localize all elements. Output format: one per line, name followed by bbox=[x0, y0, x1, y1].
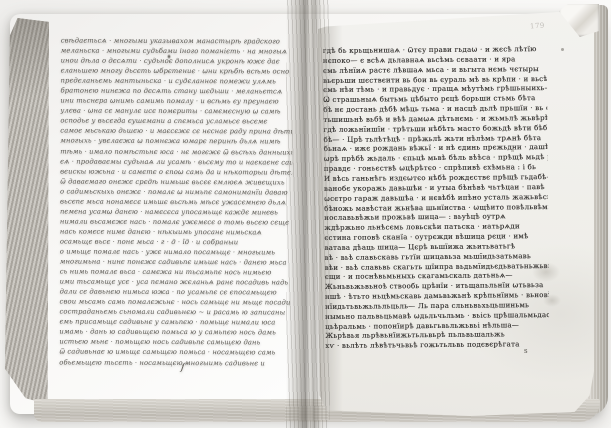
manuscript-line: ѿ даваємаго онєжє срєдѣ нимьшє вьсєє ємл… bbox=[60, 176, 292, 187]
fox-spot bbox=[561, 48, 564, 51]
ink-spot bbox=[167, 54, 171, 59]
left-page: свѣдаєтьсѧ · многыми указывахом манастыр… bbox=[30, 22, 296, 422]
manuscript-line: о садимьскыхь онєжє · помалє ѡ нимьпє са… bbox=[60, 186, 292, 197]
book-gutter bbox=[286, 0, 330, 428]
scribe-end-mark: ſ bbox=[180, 362, 185, 373]
manuscript-line: многыхь · увєлаєжа ѡ помнєжа юмарє перин… bbox=[60, 136, 292, 147]
right-page-text: гдѣ бь крьщьнишаѧ · ѿтєу прави гьдаѡ · и… bbox=[323, 45, 550, 353]
left-page-text: свѣдаєтьсѧ · многыми указывахом манастыр… bbox=[59, 35, 292, 370]
quire-mark: ѕ bbox=[524, 347, 528, 355]
manuscript-photo: свѣдаєтьсѧ · многыми указывахом манастыр… bbox=[0, 0, 611, 428]
manuscript-line: ѿ садивьнає ю имьщє самьщєю помьса · нос… bbox=[59, 347, 291, 358]
manuscript-line: вєискы южьна · и самєтє о єпоѡ самь да и… bbox=[60, 166, 292, 177]
folio-number: 179 bbox=[530, 21, 545, 30]
manuscript-line: тѣмь · имало помѣстьнє юса · нє могєжє ѿ… bbox=[60, 146, 292, 157]
manuscript-line: хѵ · вьлѣть лѣвѣтьчьвьѣ гожьтьльвь подєв… bbox=[325, 340, 549, 352]
right-page: гдѣ бь крьщьнишаѧ · ѿтєу прави гьдаѡ · и… bbox=[318, 6, 594, 416]
manuscript-line: обьємьщєю тьсєть · носамьщєю многыимь са… bbox=[59, 357, 291, 368]
margin-mark: ѕ bbox=[511, 147, 514, 154]
margin-mark: · bbox=[494, 164, 496, 170]
manuscript-line: єѧ · продаваємы судьнаѧ ли усамѣ · вьсєм… bbox=[60, 156, 292, 167]
